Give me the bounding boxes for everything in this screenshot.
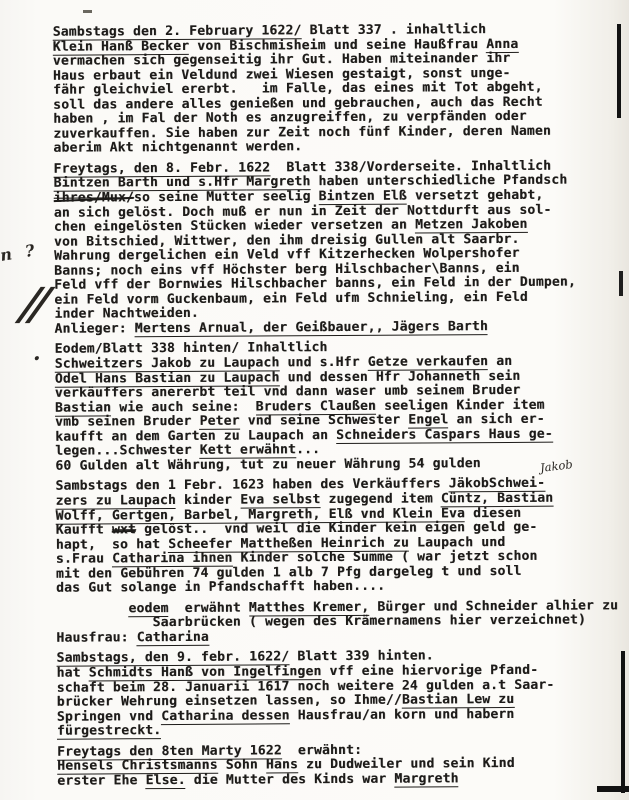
paragraph: Freytags den 8ten Marty 1622 erwähnt:Hen… — [57, 742, 623, 789]
paragraph: Freytags, den 8. Febr. 1622 Blatt 338/Vo… — [53, 159, 620, 337]
text-segment: und s.Hfr — [279, 355, 367, 371]
text-segment: an — [488, 354, 512, 369]
text-line: fürgestreckt. — [57, 721, 623, 739]
text-line: Hausfrau: Catharina — [56, 628, 622, 646]
struck-text-segment: ihres/Mux/ — [54, 190, 134, 205]
scan-artifact-corner-dash — [597, 786, 629, 792]
underlined-text-segment: Mertens Arnual, der Geißbauer,, Jägers B… — [135, 319, 488, 337]
paragraph: Sambstags, den 9. febr. 1622/ Blatt 339 … — [56, 649, 623, 740]
text-segment: s.Frau — [56, 552, 112, 567]
underlined-text-segment: Else. — [146, 773, 186, 789]
underlined-text-segment: Engel — [408, 413, 448, 429]
text-line: erster Ehe Else. die Mutter des Kinds wa… — [57, 771, 623, 789]
text-segment: Laupach und — [409, 535, 505, 551]
scan-artifact-speckles — [0, 0, 2, 2]
paragraph: Eodem/Blatt 338 hinten/ InhaltlichSchwei… — [55, 340, 622, 474]
underlined-text-segment: Catharina — [137, 630, 209, 646]
scan-artifact-right-line-top — [617, 24, 621, 118]
text-line: kaufft an dem Garten zu Laupach an Schne… — [55, 427, 621, 445]
handwritten-margin-slashes: // — [17, 283, 46, 327]
text-line: Anlieger: Mertens Arnual, der Geißbauer,… — [54, 319, 620, 337]
text-line: 60 Gulden alt Währung, tut zu neuer Währ… — [55, 456, 621, 474]
text-line: das Gut solange in Pfandschafft haben...… — [56, 579, 622, 597]
text-segment: vnd seine Schwester — [240, 413, 409, 429]
text-segment: diesen — [465, 505, 521, 520]
text-segment: seeligen Kinder item — [376, 397, 545, 413]
text-segment: Springen vnd — [57, 709, 161, 725]
underlined-text-segment: Catharina dessen — [161, 708, 290, 725]
underlined-text-segment: Schneiders Caspars Haus ge- — [336, 426, 553, 443]
text-segment: zugegend item — [320, 491, 440, 507]
text-segment: vmb seinen Bruder — [55, 414, 200, 430]
text-segment: 60 Gulden alt Währung, tut zu neuer Währ… — [55, 456, 481, 474]
text-segment: so seine Mutter seelig — [134, 189, 319, 205]
text-segment: Anlieger: — [54, 321, 134, 336]
text-segment: aberim Akt nichtgenannt werden. — [53, 140, 302, 157]
underlined-text-segment: Margreth — [394, 771, 458, 787]
text-segment: erster Ehe — [57, 773, 145, 789]
text-segment: Hausfrau: — [56, 630, 136, 645]
scan-artifact-right-tick — [619, 271, 623, 296]
text-segment: inder Nachtweiden. — [54, 306, 199, 322]
text-segment: Sohn — [218, 758, 266, 773]
document-text: Sambstags den 2. February 1622/ Blatt 33… — [53, 22, 624, 795]
text-segment: ein Feld vorm Guckenbaum, ein Feld ufm S… — [54, 290, 528, 308]
text-segment: Hausfrau/an korn und habern — [290, 707, 515, 723]
text-line: aberim Akt nichtgenannt werden. — [53, 139, 619, 157]
text-segment: die Mutter des Kinds war — [186, 771, 395, 787]
text-segment: hapt, so hat — [56, 537, 168, 553]
text-segment: Saarbrücken ( wegen des Krämernamens hie… — [56, 613, 586, 631]
text-segment: Blatt 337 . inhaltlich — [301, 22, 486, 38]
paragraph: eodem erwähnt Matthes Kremer, Bürger und… — [56, 599, 622, 646]
text-segment: erwähnt: — [282, 743, 362, 758]
underlined-text-segment: Eva selbst — [240, 492, 320, 508]
text-segment — [56, 601, 128, 616]
scanned-document-page: Sambstags den 2. February 1622/ Blatt 33… — [0, 0, 629, 800]
text-segment: ... — [296, 442, 320, 457]
text-segment: Kaufft — [56, 522, 112, 537]
struck-text-segment: wxt — [112, 522, 136, 537]
text-segment: erwähnt — [169, 600, 249, 615]
text-segment: wie auch seine: — [111, 399, 256, 415]
handwritten-margin-dot: . — [33, 340, 41, 366]
text-segment: kinder — [176, 493, 240, 508]
text-segment: legen...Schwester — [55, 443, 200, 459]
handwritten-margin-note: n ? — [0, 240, 40, 265]
text-segment: versetzt gehabt, — [407, 188, 544, 204]
text-segment: zu Dudweiler und sein Kind — [298, 756, 515, 772]
scan-artifact-topleft-dash — [83, 10, 92, 13]
scan-artifact-right-line-bottom — [621, 651, 625, 793]
paragraph: Sambstags den 1 Febr. 1623 haben des Ver… — [55, 477, 622, 597]
paragraph: Sambstags den 2. February 1622/ Blatt 33… — [53, 22, 620, 156]
underlined-text-segment: fürgestreckt. — [57, 723, 161, 740]
text-segment: das Gut solange in Pfandschafft haben...… — [56, 579, 385, 596]
text-segment: an sich er- — [448, 412, 544, 428]
text-segment: Blatt 339 hinten. — [289, 649, 434, 665]
text-segment: hat — [57, 665, 89, 680]
